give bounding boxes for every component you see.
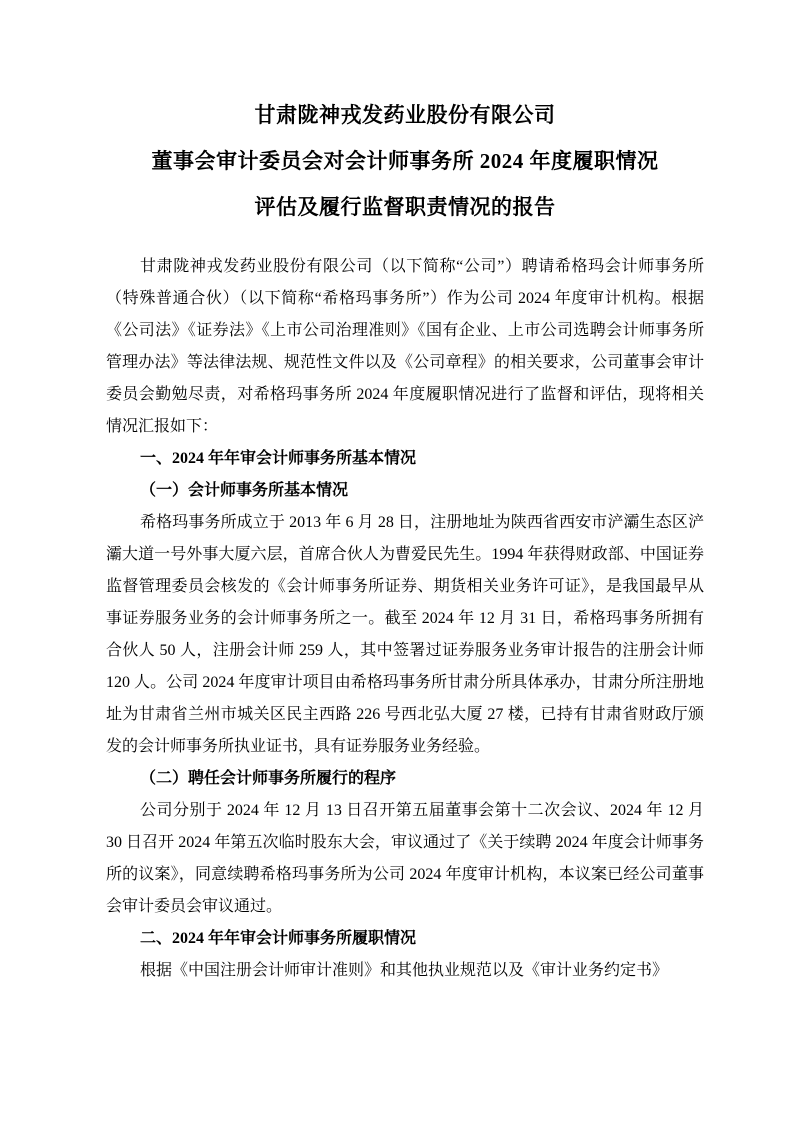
heading-subsection-2: （二）聘任会计师事务所履行的程序 (106, 763, 704, 795)
heading-section-2: 二、2024 年年审会计师事务所履职情况 (106, 923, 704, 955)
document-body: 甘肃陇神戎发药业股份有限公司（以下简称“公司”）聘请希格玛会计师事务所（特殊普通… (106, 251, 704, 987)
firm-info-paragraph: 希格玛事务所成立于 2013 年 6 月 28 日，注册地址为陕西省西安市浐灞生… (106, 507, 704, 763)
performance-paragraph: 根据《中国注册会计师审计准则》和其他执业规范以及《审计业务约定书》 (106, 955, 704, 987)
document-title: 甘肃陇神戎发药业股份有限公司 董事会审计委员会对会计师事务所 2024 年度履职… (106, 92, 704, 230)
heading-subsection-1: （一）会计师事务所基本情况 (106, 475, 704, 507)
document-title-line-1: 甘肃陇神戎发药业股份有限公司 (106, 92, 704, 138)
document-page: 甘肃陇神戎发药业股份有限公司 董事会审计委员会对会计师事务所 2024 年度履职… (0, 0, 794, 1122)
heading-section-1: 一、2024 年年审会计师事务所基本情况 (106, 443, 704, 475)
procedure-paragraph: 公司分别于 2024 年 12 月 13 日召开第五届董事会第十二次会议、202… (106, 795, 704, 923)
document-title-line-2: 董事会审计委员会对会计师事务所 2024 年度履职情况 (106, 138, 704, 184)
document-title-line-3: 评估及履行监督职责情况的报告 (106, 184, 704, 230)
intro-paragraph: 甘肃陇神戎发药业股份有限公司（以下简称“公司”）聘请希格玛会计师事务所（特殊普通… (106, 251, 704, 443)
